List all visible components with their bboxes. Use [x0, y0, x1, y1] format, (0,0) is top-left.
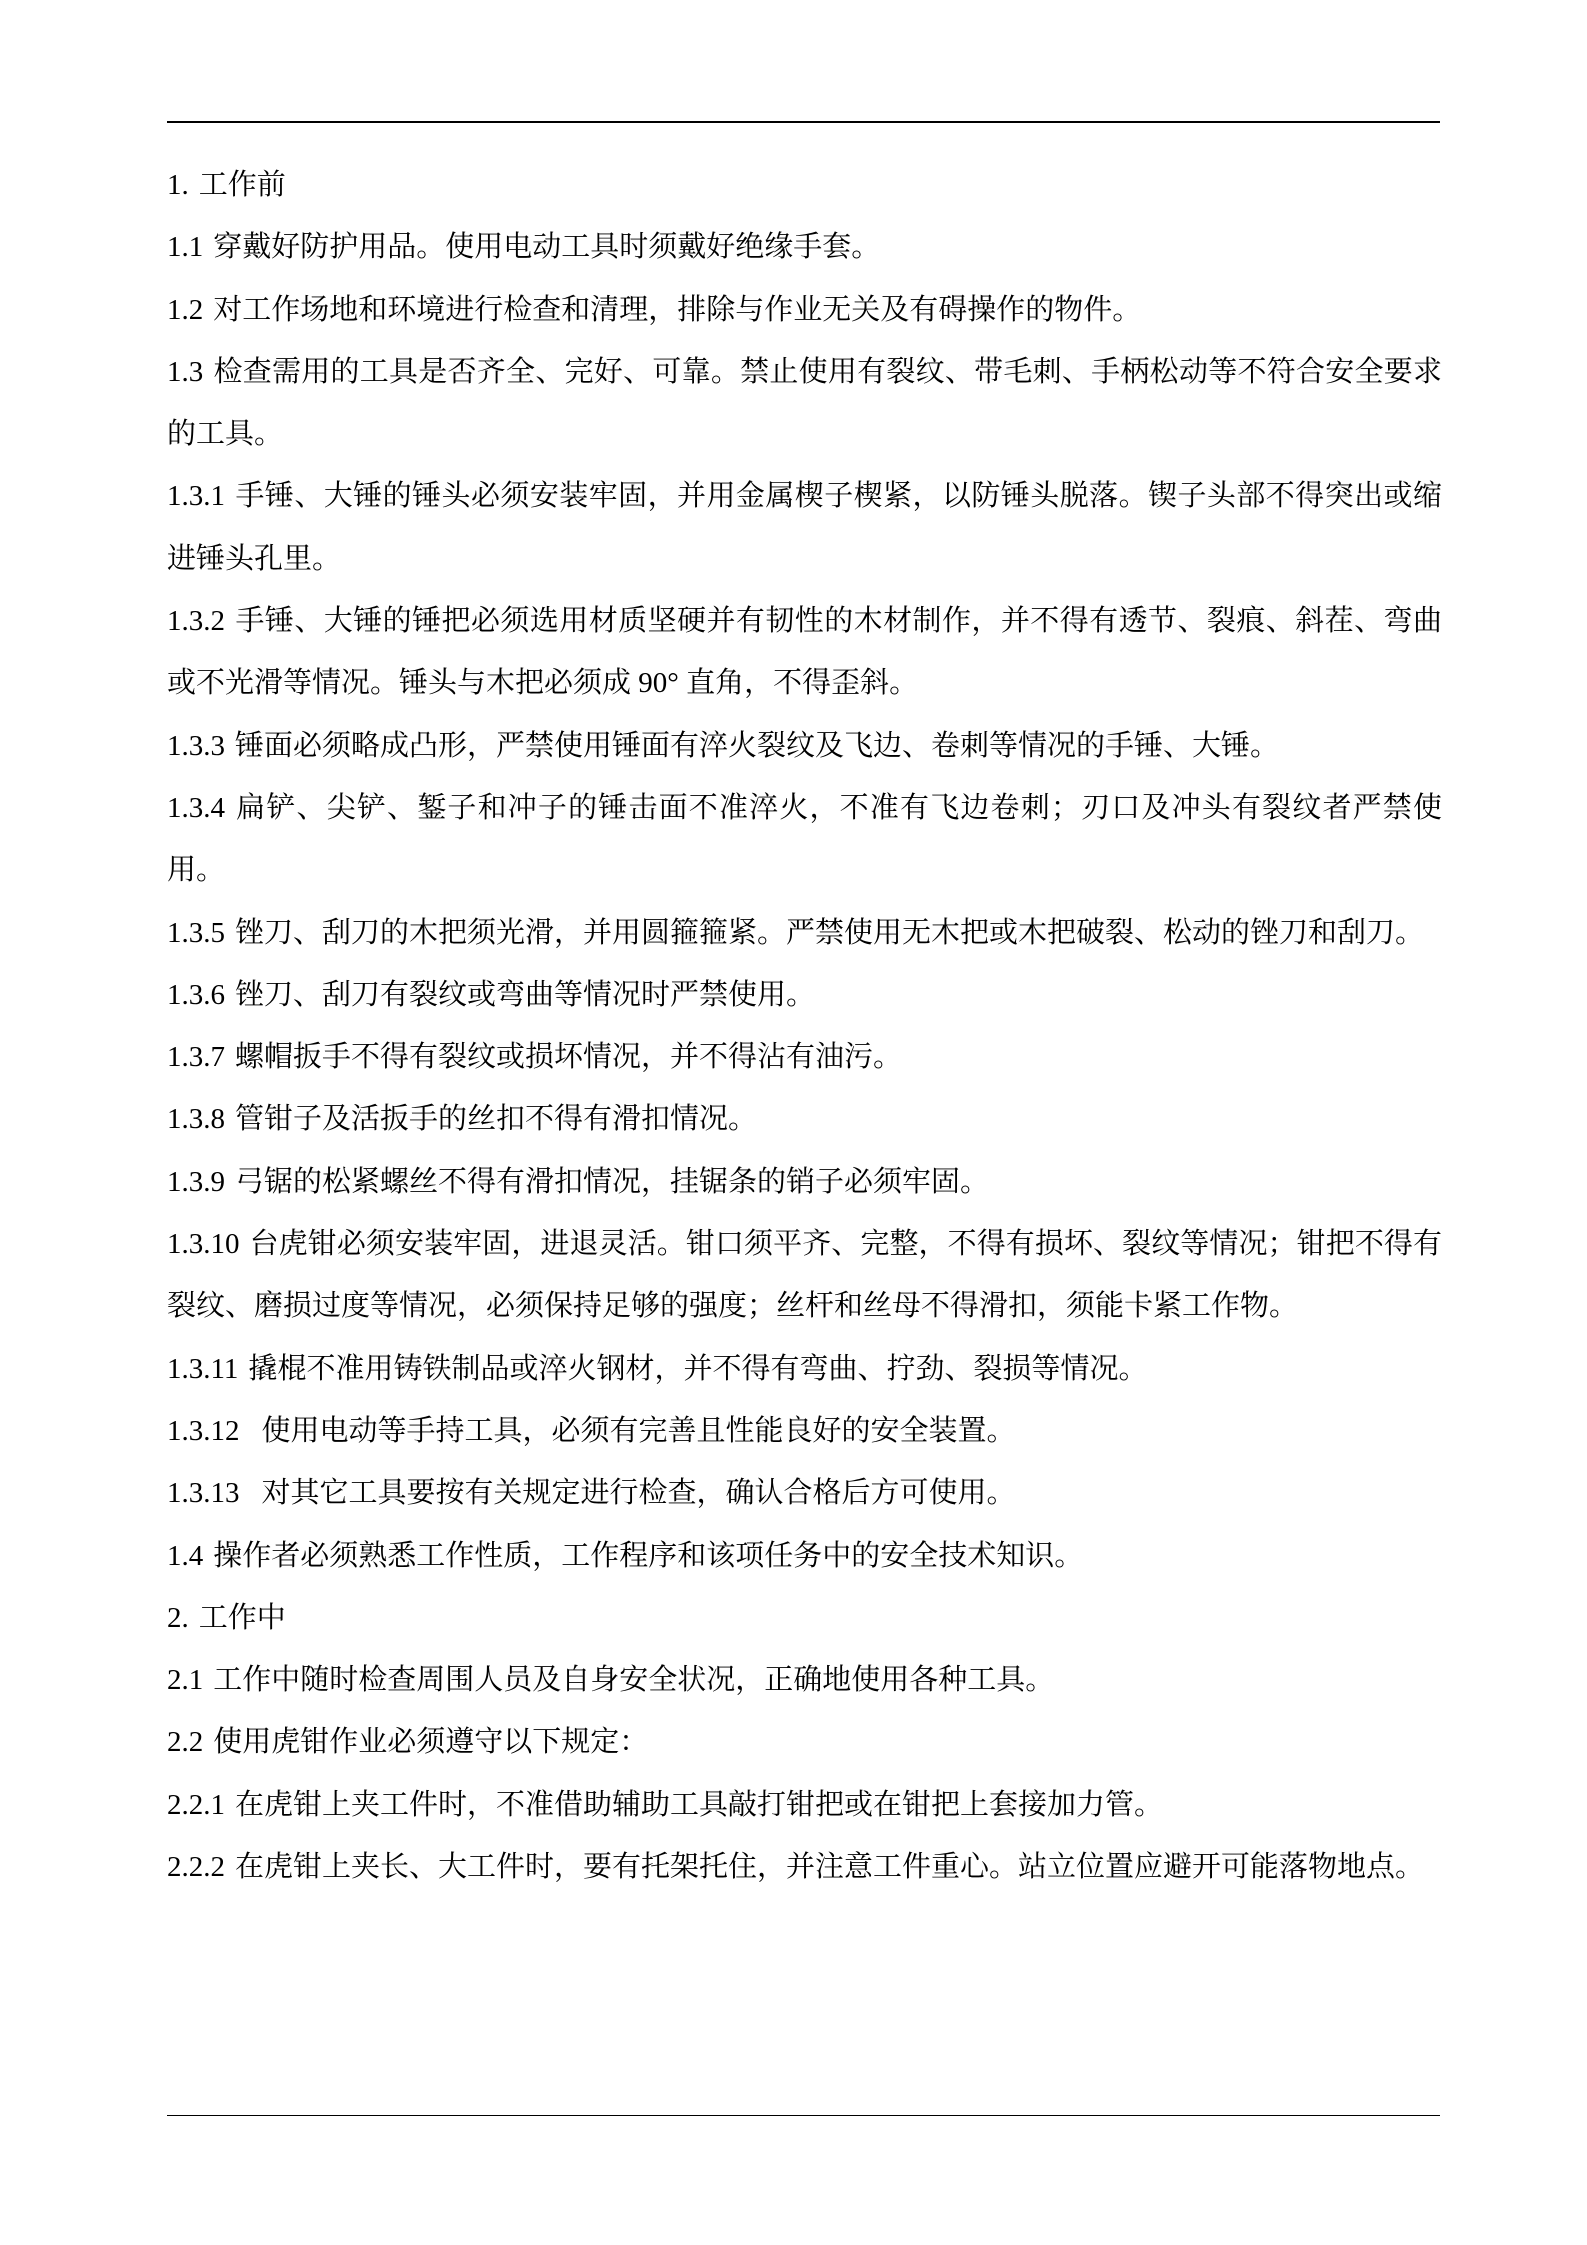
- paragraph-text: 穿戴好防护用品。使用电动工具时须戴好绝缘手套。: [213, 231, 880, 263]
- paragraph-text: 弓锯的松紧螺丝不得有滑扣情况，挂锯条的销子必须牢固。: [235, 1166, 989, 1198]
- paragraph: 1.3.7螺帽扳手不得有裂纹或损坏情况，并不得沾有油污。: [167, 1026, 1442, 1088]
- paragraph: 1.3.2手锤、大锤的锤把必须选用材质坚硬并有韧性的木材制作，并不得有透节、裂痕…: [167, 590, 1442, 715]
- paragraph-text: 锤面必须略成凸形，严禁使用锤面有淬火裂纹及飞边、卷刺等情况的手锤、大锤。: [235, 730, 1279, 762]
- paragraph-number: 1.3.12: [167, 1415, 240, 1447]
- paragraph-text: 使用虎钳作业必须遵守以下规定：: [213, 1726, 648, 1758]
- paragraph-number: 1.3.11: [167, 1353, 238, 1385]
- paragraph: 1.3.5锉刀、刮刀的木把须光滑，并用圆箍箍紧。严禁使用无木把或木把破裂、松动的…: [167, 902, 1442, 964]
- paragraph: 1.3.13对其它工具要按有关规定进行检查，确认合格后方可使用。: [167, 1462, 1442, 1524]
- paragraph-number: 1.3.8: [167, 1103, 225, 1135]
- paragraph: 1.3.10台虎钳必须安装牢固，进退灵活。钳口须平齐、完整，不得有损坏、裂纹等情…: [167, 1213, 1442, 1338]
- paragraph-text: 操作者必须熟悉工作性质，工作程序和该项任务中的安全技术知识。: [213, 1540, 1083, 1572]
- paragraph: 2.1工作中随时检查周围人员及自身安全状况，正确地使用各种工具。: [167, 1649, 1442, 1711]
- paragraph-text: 工作中随时检查周围人员及自身安全状况，正确地使用各种工具。: [213, 1664, 1054, 1696]
- paragraph: 1.1穿戴好防护用品。使用电动工具时须戴好绝缘手套。: [167, 216, 1442, 278]
- paragraph-number: 1.3.13: [167, 1477, 240, 1509]
- paragraph-text: 扁铲、尖铲、錾子和冲子的锤击面不准淬火，不准有飞边卷刺；刃口及冲头有裂纹者严禁使…: [167, 792, 1442, 886]
- paragraph: 1.3.1手锤、大锤的锤头必须安装牢固，并用金属楔子楔紧，以防锤头脱落。锲子头部…: [167, 465, 1442, 590]
- paragraph-text: 在虎钳上夹工件时，不准借助辅助工具敲打钳把或在钳把上套接加力管。: [235, 1789, 1163, 1821]
- paragraph-number: 1.2: [167, 294, 203, 326]
- paragraph: 1.4操作者必须熟悉工作性质，工作程序和该项任务中的安全技术知识。: [167, 1525, 1442, 1587]
- paragraph-number: 2.1: [167, 1664, 203, 1696]
- paragraph-number: 1.1: [167, 231, 203, 263]
- document-page: 1.工作前 1.1穿戴好防护用品。使用电动工具时须戴好绝缘手套。 1.2对工作场…: [0, 0, 1587, 2245]
- paragraph-number: 1.3.3: [167, 730, 225, 762]
- paragraph-text: 管钳子及活扳手的丝扣不得有滑扣情况。: [235, 1103, 757, 1135]
- paragraph: 1.3.6锉刀、刮刀有裂纹或弯曲等情况时严禁使用。: [167, 964, 1442, 1026]
- paragraph: 1.3.3锤面必须略成凸形，严禁使用锤面有淬火裂纹及飞边、卷刺等情况的手锤、大锤…: [167, 715, 1442, 777]
- paragraph-number: 1.: [167, 169, 189, 201]
- paragraph-number: 1.3.10: [167, 1228, 240, 1260]
- paragraph: 1.3.8管钳子及活扳手的丝扣不得有滑扣情况。: [167, 1088, 1442, 1150]
- paragraph-number: 1.3.6: [167, 979, 225, 1011]
- section-heading: 1.工作前: [167, 154, 1442, 216]
- paragraph-number: 1.3.4: [167, 792, 225, 824]
- paragraph: 1.3.12使用电动等手持工具，必须有完善且性能良好的安全装置。: [167, 1400, 1442, 1462]
- paragraph-text: 工作前: [199, 169, 286, 201]
- footer-rule: [167, 2115, 1440, 2116]
- paragraph: 1.3检查需用的工具是否齐全、完好、可靠。禁止使用有裂纹、带毛刺、手柄松动等不符…: [167, 341, 1442, 466]
- paragraph-text: 在虎钳上夹长、大工件时，要有托架托住，并注意工件重心。站立位置应避开可能落物地点…: [235, 1851, 1424, 1883]
- paragraph-number: 2.2: [167, 1726, 203, 1758]
- paragraph: 1.2对工作场地和环境进行检查和清理，排除与作业无关及有碍操作的物件。: [167, 279, 1442, 341]
- paragraph: 1.3.4扁铲、尖铲、錾子和冲子的锤击面不准淬火，不准有飞边卷刺；刃口及冲头有裂…: [167, 777, 1442, 902]
- paragraph-text: 检查需用的工具是否齐全、完好、可靠。禁止使用有裂纹、带毛刺、手柄松动等不符合安全…: [167, 356, 1442, 450]
- paragraph-text: 螺帽扳手不得有裂纹或损坏情况，并不得沾有油污。: [235, 1041, 902, 1073]
- paragraph-number: 2.2.2: [167, 1851, 225, 1883]
- paragraph: 1.3.9弓锯的松紧螺丝不得有滑扣情况，挂锯条的销子必须牢固。: [167, 1151, 1442, 1213]
- paragraph-text: 使用电动等手持工具，必须有完善且性能良好的安全装置。: [262, 1415, 1016, 1447]
- paragraph-number: 1.4: [167, 1540, 203, 1572]
- paragraph-text: 台虎钳必须安装牢固，进退灵活。钳口须平齐、完整，不得有损坏、裂纹等情况；钳把不得…: [167, 1228, 1442, 1322]
- section-heading: 2.工作中: [167, 1587, 1442, 1649]
- paragraph-text: 撬棍不准用铸铁制品或淬火钢材，并不得有弯曲、拧劲、裂损等情况。: [248, 1353, 1147, 1385]
- paragraph: 2.2.2在虎钳上夹长、大工件时，要有托架托住，并注意工件重心。站立位置应避开可…: [167, 1836, 1442, 1898]
- paragraph-number: 2.: [167, 1602, 189, 1634]
- paragraph-number: 1.3.9: [167, 1166, 225, 1198]
- paragraph-text: 对其它工具要按有关规定进行检查，确认合格后方可使用。: [262, 1477, 1016, 1509]
- paragraph-number: 1.3.2: [167, 605, 225, 637]
- document-body: 1.工作前 1.1穿戴好防护用品。使用电动工具时须戴好绝缘手套。 1.2对工作场…: [167, 154, 1442, 1898]
- paragraph: 1.3.11撬棍不准用铸铁制品或淬火钢材，并不得有弯曲、拧劲、裂损等情况。: [167, 1338, 1442, 1400]
- header-rule: [167, 121, 1440, 123]
- paragraph-text: 工作中: [199, 1602, 286, 1634]
- paragraph: 2.2.1在虎钳上夹工件时，不准借助辅助工具敲打钳把或在钳把上套接加力管。: [167, 1774, 1442, 1836]
- paragraph-text: 手锤、大锤的锤把必须选用材质坚硬并有韧性的木材制作，并不得有透节、裂痕、斜茬、弯…: [167, 605, 1442, 699]
- paragraph-number: 1.3: [167, 356, 203, 388]
- paragraph-text: 对工作场地和环境进行检查和清理，排除与作业无关及有碍操作的物件。: [213, 294, 1141, 326]
- paragraph: 2.2使用虎钳作业必须遵守以下规定：: [167, 1711, 1442, 1773]
- paragraph-number: 1.3.1: [167, 480, 225, 512]
- paragraph-number: 1.3.5: [167, 917, 225, 949]
- paragraph-number: 1.3.7: [167, 1041, 225, 1073]
- paragraph-number: 2.2.1: [167, 1789, 225, 1821]
- paragraph-text: 锉刀、刮刀有裂纹或弯曲等情况时严禁使用。: [235, 979, 815, 1011]
- paragraph-text: 锉刀、刮刀的木把须光滑，并用圆箍箍紧。严禁使用无木把或木把破裂、松动的锉刀和刮刀…: [235, 917, 1424, 949]
- paragraph-text: 手锤、大锤的锤头必须安装牢固，并用金属楔子楔紧，以防锤头脱落。锲子头部不得突出或…: [167, 480, 1442, 574]
